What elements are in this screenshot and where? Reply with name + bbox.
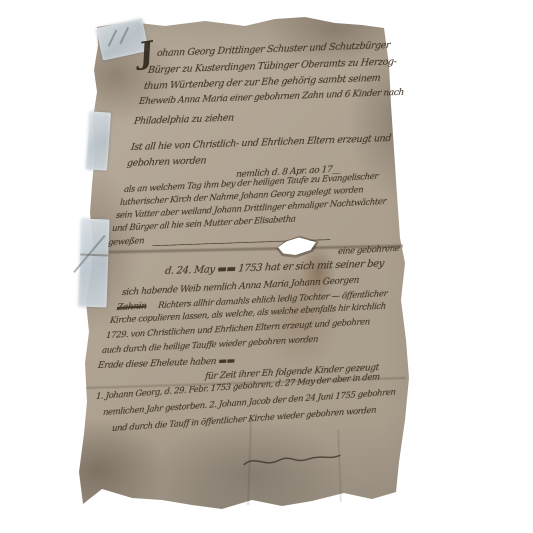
- manuscript-photo: J ohann Georg Drittlinger Schuster und S…: [0, 0, 533, 533]
- manuscript-paper: [0, 0, 533, 533]
